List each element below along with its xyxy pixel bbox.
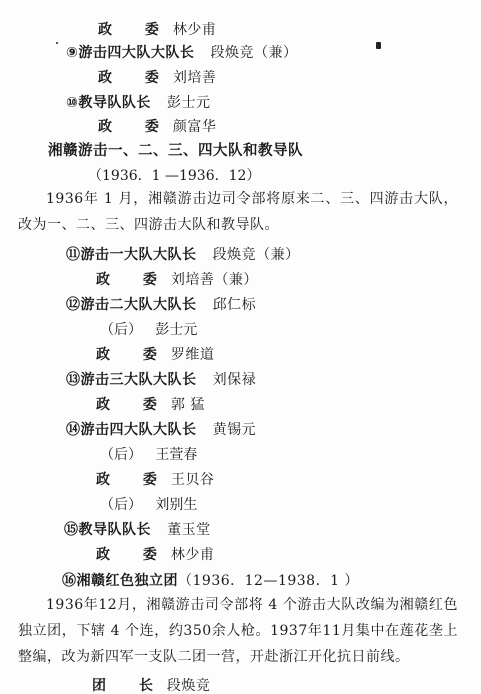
role-label: 政 委 <box>96 397 171 413</box>
unit-number: ⑭ <box>66 422 81 438</box>
unit-title-line: ⑩教导队队长 彭士元 <box>66 93 210 113</box>
person-name: 董玉堂 <box>167 522 211 538</box>
unit-title: 游击一大队大队长 <box>81 247 197 263</box>
role-line: 政 委罗维道 <box>96 345 214 365</box>
unit-number: ⑫ <box>66 297 81 313</box>
role-label: 政 委 <box>96 272 171 288</box>
person-name: 彭士元 <box>167 95 211 111</box>
person-name: 段焕竞（兼） <box>210 45 297 61</box>
regiment-title: 湘赣红色独立团 <box>77 573 179 589</box>
role-label: 政 委 <box>96 347 171 363</box>
successor-label: （后） <box>100 497 142 513</box>
unit-title: 游击三大队大队长 <box>81 372 197 388</box>
unit-number: ⑪ <box>66 247 81 263</box>
role-label: 政 委 <box>98 22 173 38</box>
section-period: （1936．1 —1936．12） <box>88 166 260 186</box>
regiment-heading: ⑯湘赣红色独立团（1936．12—1938．1 ） <box>62 571 359 591</box>
person-name: 黄锡元 <box>213 422 257 438</box>
scan-speck <box>56 42 58 44</box>
unit-number: ⑬ <box>66 372 81 388</box>
role-label: 政 委 <box>98 119 173 135</box>
unit-title-line: ⑨游击四大队大队长 段焕竞（兼） <box>66 43 297 63</box>
role-line: 政 委颜富华 <box>98 117 216 137</box>
role-line: 政 委郭 猛 <box>96 395 205 415</box>
unit-title-line: ⑪游击一大队大队长 段焕竞（兼） <box>66 245 300 265</box>
role-label: 政 委 <box>96 472 171 488</box>
unit-title-line: ⑮教导队队长 董玉堂 <box>64 520 211 540</box>
unit-title-line: ⑬游击三大队大队长 刘保禄 <box>66 370 256 390</box>
scan-speck <box>376 42 381 49</box>
successor-label: （后） <box>100 447 142 463</box>
role-line: 政 委刘培善（兼） <box>96 270 258 290</box>
person-name: 颜富华 <box>173 119 217 135</box>
unit-number: ⑮ <box>64 522 79 538</box>
successor-line: （后） 彭士元 <box>100 320 197 340</box>
unit-title: 游击四大队大队长 <box>78 45 194 61</box>
person-name: 郭 猛 <box>171 397 205 413</box>
unit-number: ⑨ <box>66 45 78 61</box>
person-name: 刘培善 <box>173 70 217 86</box>
section-heading: 湘赣游击一、二、三、四大队和教导队 <box>48 141 303 161</box>
person-name: 段焕竞（兼） <box>213 247 300 263</box>
role-label: 团 长 <box>92 678 167 694</box>
unit-number: ⑩ <box>66 95 78 111</box>
section-paragraph: 1936年 1 月，湘赣游击边司令部将原来二、三、四游击大队，改为一、二、三、四… <box>18 186 458 238</box>
successor-label: （后） <box>100 322 142 338</box>
person-name: 王贝谷 <box>171 472 215 488</box>
unit-title-line: ⑭游击四大队大队长 黄锡元 <box>66 420 256 440</box>
person-name: 刘培善（兼） <box>171 272 258 288</box>
person-name: 王萱春 <box>155 447 197 463</box>
unit-title: 游击四大队大队长 <box>81 422 197 438</box>
person-name: 林少甫 <box>173 22 217 38</box>
role-line: 政 委刘培善 <box>98 68 216 88</box>
person-name: 林少甫 <box>171 547 215 563</box>
person-name: 邱仁标 <box>213 297 257 313</box>
role-line: 政 委林少甫 <box>98 20 216 40</box>
leader-line: 团 长段焕竞 <box>92 676 210 694</box>
unit-title-line: ⑫游击二大队大队长 邱仁标 <box>66 295 256 315</box>
regiment-paragraph: 1936年12月，湘赣游击司令部将 4 个游击大队改编为湘赣红色独立团，下辖 4… <box>18 592 458 670</box>
role-line: 政 委王贝谷 <box>96 470 214 490</box>
unit-number: ⑯ <box>62 573 77 589</box>
person-name: 段焕竞 <box>167 678 211 694</box>
regiment-period: （1936．12—1938．1 ） <box>178 573 359 589</box>
successor-line: （后） 王萱春 <box>100 445 197 465</box>
role-line: 政 委林少甫 <box>96 545 214 565</box>
unit-title: 游击二大队大队长 <box>81 297 197 313</box>
successor-line: （后） 刘别生 <box>100 495 197 515</box>
person-name: 刘别生 <box>155 497 197 513</box>
person-name: 刘保禄 <box>213 372 257 388</box>
person-name: 罗维道 <box>171 347 215 363</box>
document-page: 政 委林少甫 ⑨游击四大队大队长 段焕竞（兼） 政 委刘培善 ⑩教导队队长 彭士… <box>0 0 481 694</box>
unit-title: 教导队队长 <box>79 522 152 538</box>
unit-title: 教导队队长 <box>78 95 151 111</box>
role-label: 政 委 <box>96 547 171 563</box>
role-label: 政 委 <box>98 70 173 86</box>
person-name: 彭士元 <box>155 322 197 338</box>
